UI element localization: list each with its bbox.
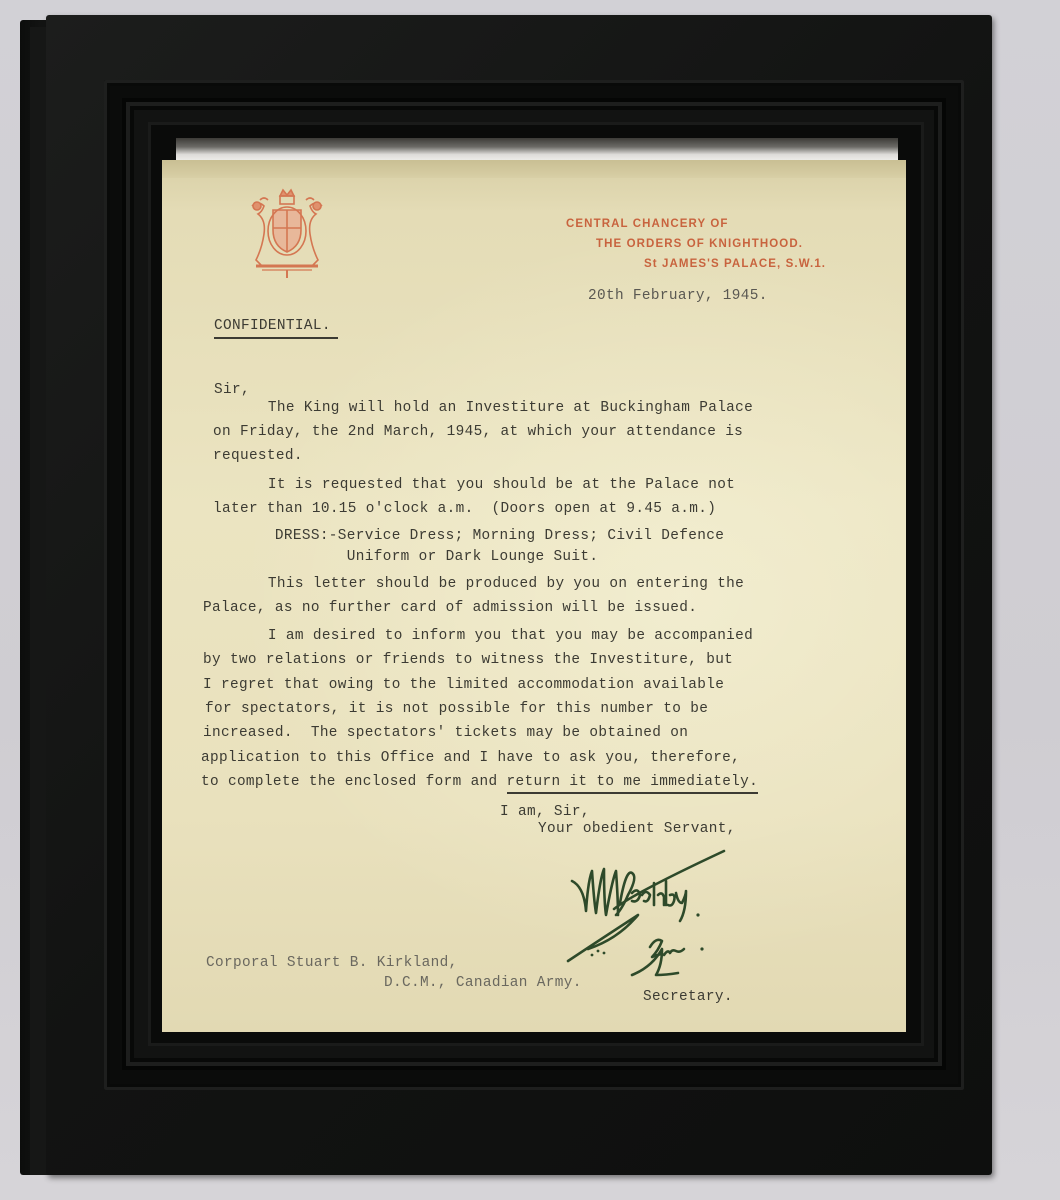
body-line: This letter should be produced by you on…: [205, 576, 744, 592]
confidential-underline: [214, 337, 338, 339]
letterhead-line-2: THE ORDERS OF KNIGHTHOOD.: [596, 238, 803, 250]
body-line: requested.: [213, 448, 303, 464]
body-line: later than 10.15 o'clock a.m. (Doors ope…: [213, 501, 716, 517]
letterhead-line-1: CENTRAL CHANCERY OF: [566, 218, 729, 230]
body-line: by two relations or friends to witness t…: [203, 652, 733, 668]
backing-board-edge: [176, 138, 898, 160]
body-line: increased. The spectators' tickets may b…: [203, 725, 688, 741]
letter-date: 20th February, 1945.: [588, 288, 768, 304]
salutation: Sir,: [214, 382, 250, 398]
recipient-line-2: D.C.M., Canadian Army.: [384, 975, 582, 991]
body-line: I am desired to inform you that you may …: [205, 628, 753, 644]
body-line: Palace, as no further card of admission …: [203, 600, 697, 616]
body-line: It is requested that you should be at th…: [205, 477, 735, 493]
letter-paper: CENTRAL CHANCERY OF THE ORDERS OF KNIGHT…: [162, 160, 906, 1032]
body-line: The King will hold an Investiture at Buc…: [205, 400, 753, 416]
recipient-line-1: Corporal Stuart B. Kirkland,: [206, 955, 458, 971]
underlined-phrase: return it to me immediately.: [507, 774, 759, 794]
letterhead-line-3: St JAMES'S PALACE, S.W.1.: [644, 258, 826, 270]
body-line: for spectators, it is not possible for t…: [205, 701, 708, 717]
signatory-title: Secretary.: [643, 989, 733, 1005]
confidential-heading: CONFIDENTIAL.: [214, 318, 331, 334]
body-line: Uniform or Dark Lounge Suit.: [203, 549, 598, 565]
signature-icon: [562, 843, 742, 985]
body-line: I regret that owing to the limited accom…: [203, 677, 724, 693]
closing-line-1: I am, Sir,: [500, 804, 590, 820]
paper-discoloration: [162, 160, 906, 178]
body-line: application to this Office and I have to…: [201, 750, 740, 766]
royal-coat-of-arms-icon: [242, 184, 332, 280]
body-line: to complete the enclosed form and return…: [201, 774, 758, 790]
body-line: DRESS:-Service Dress; Morning Dress; Civ…: [203, 528, 724, 544]
body-line: on Friday, the 2nd March, 1945, at which…: [213, 424, 743, 440]
closing-line-2: Your obedient Servant,: [538, 821, 736, 837]
